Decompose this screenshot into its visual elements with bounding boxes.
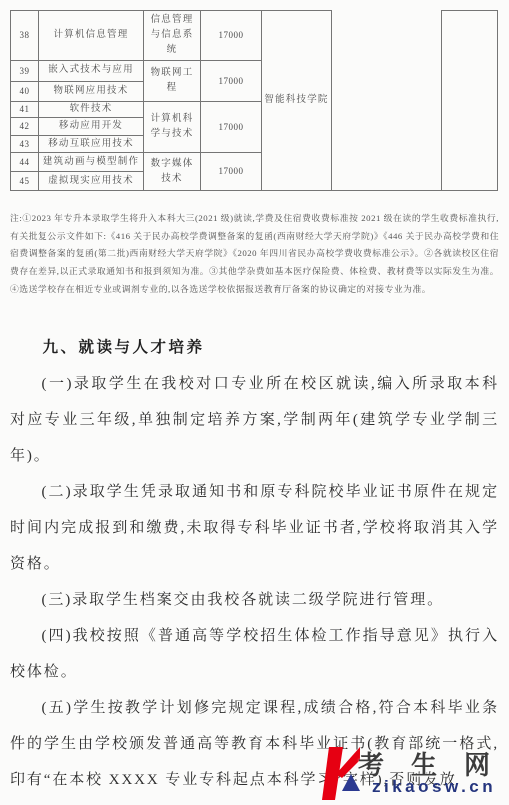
row-number: 38 <box>11 11 39 61</box>
specialty-cell: 建筑动画与模型制作 <box>39 153 144 172</box>
fee-cell: 17000 <box>201 102 262 153</box>
row-number: 45 <box>11 172 39 191</box>
table-footnote: 注:①2023 年专升本录取学生将升入本科大三(2021 级)就读,学费及住宿费… <box>10 210 499 299</box>
row-number: 39 <box>11 61 39 82</box>
specialty-cell: 软件技术 <box>39 102 144 118</box>
major-cell: 计算机科学与技术 <box>144 102 201 153</box>
paragraph-5: (五)学生按教学计划修完规定课程,成绩合格,符合本科毕业条件的学生由学校颁发普通… <box>10 690 499 798</box>
paragraph-3: (三)录取学生档案交由我校各就读二级学院进行管理。 <box>10 582 499 618</box>
paragraph-1: (一)录取学生在我校对口专业所在校区就读,编入所录取本科对应专业三年级,单独制定… <box>10 366 499 474</box>
specialty-cell: 虚拟现实应用技术 <box>39 172 144 191</box>
row-number: 43 <box>11 136 39 153</box>
row-number: 40 <box>11 82 39 102</box>
paragraph-2: (二)录取学生凭录取通知书和原专科院校毕业证书原件在规定时间内完成报到和缴费,未… <box>10 474 499 582</box>
specialty-cell: 物联网应用技术 <box>39 82 144 102</box>
major-cell: 信息管理与信息系统 <box>144 11 201 61</box>
college-cell: 智能科技学院 <box>262 11 332 191</box>
row-number: 42 <box>11 118 39 136</box>
admission-fee-table: 38 计算机信息管理 信息管理与信息系统 17000 智能科技学院 39 嵌入式… <box>10 10 498 191</box>
fee-cell: 17000 <box>201 61 262 102</box>
specialty-cell: 计算机信息管理 <box>39 11 144 61</box>
specialty-cell: 移动互联应用技术 <box>39 136 144 153</box>
major-cell: 物联网工程 <box>144 61 201 102</box>
paragraph-4: (四)我校按照《普通高等学校招生体检工作指导意见》执行入校体检。 <box>10 618 499 690</box>
document-page: 38 计算机信息管理 信息管理与信息系统 17000 智能科技学院 39 嵌入式… <box>0 0 509 805</box>
remark-cell-empty <box>442 11 498 191</box>
major-cell: 数字媒体技术 <box>144 153 201 191</box>
fee-cell: 17000 <box>201 153 262 191</box>
specialty-cell: 嵌入式技术与应用 <box>39 61 144 82</box>
row-number: 41 <box>11 102 39 118</box>
row-number: 44 <box>11 153 39 172</box>
section-heading: 九、就读与人才培养 <box>10 330 499 366</box>
section-nine: 九、就读与人才培养 (一)录取学生在我校对口专业所在校区就读,编入所录取本科对应… <box>10 330 499 798</box>
campus-cell-empty <box>332 11 442 191</box>
table-row: 38 计算机信息管理 信息管理与信息系统 17000 智能科技学院 <box>11 11 498 61</box>
fee-cell: 17000 <box>201 11 262 61</box>
specialty-cell: 移动应用开发 <box>39 118 144 136</box>
